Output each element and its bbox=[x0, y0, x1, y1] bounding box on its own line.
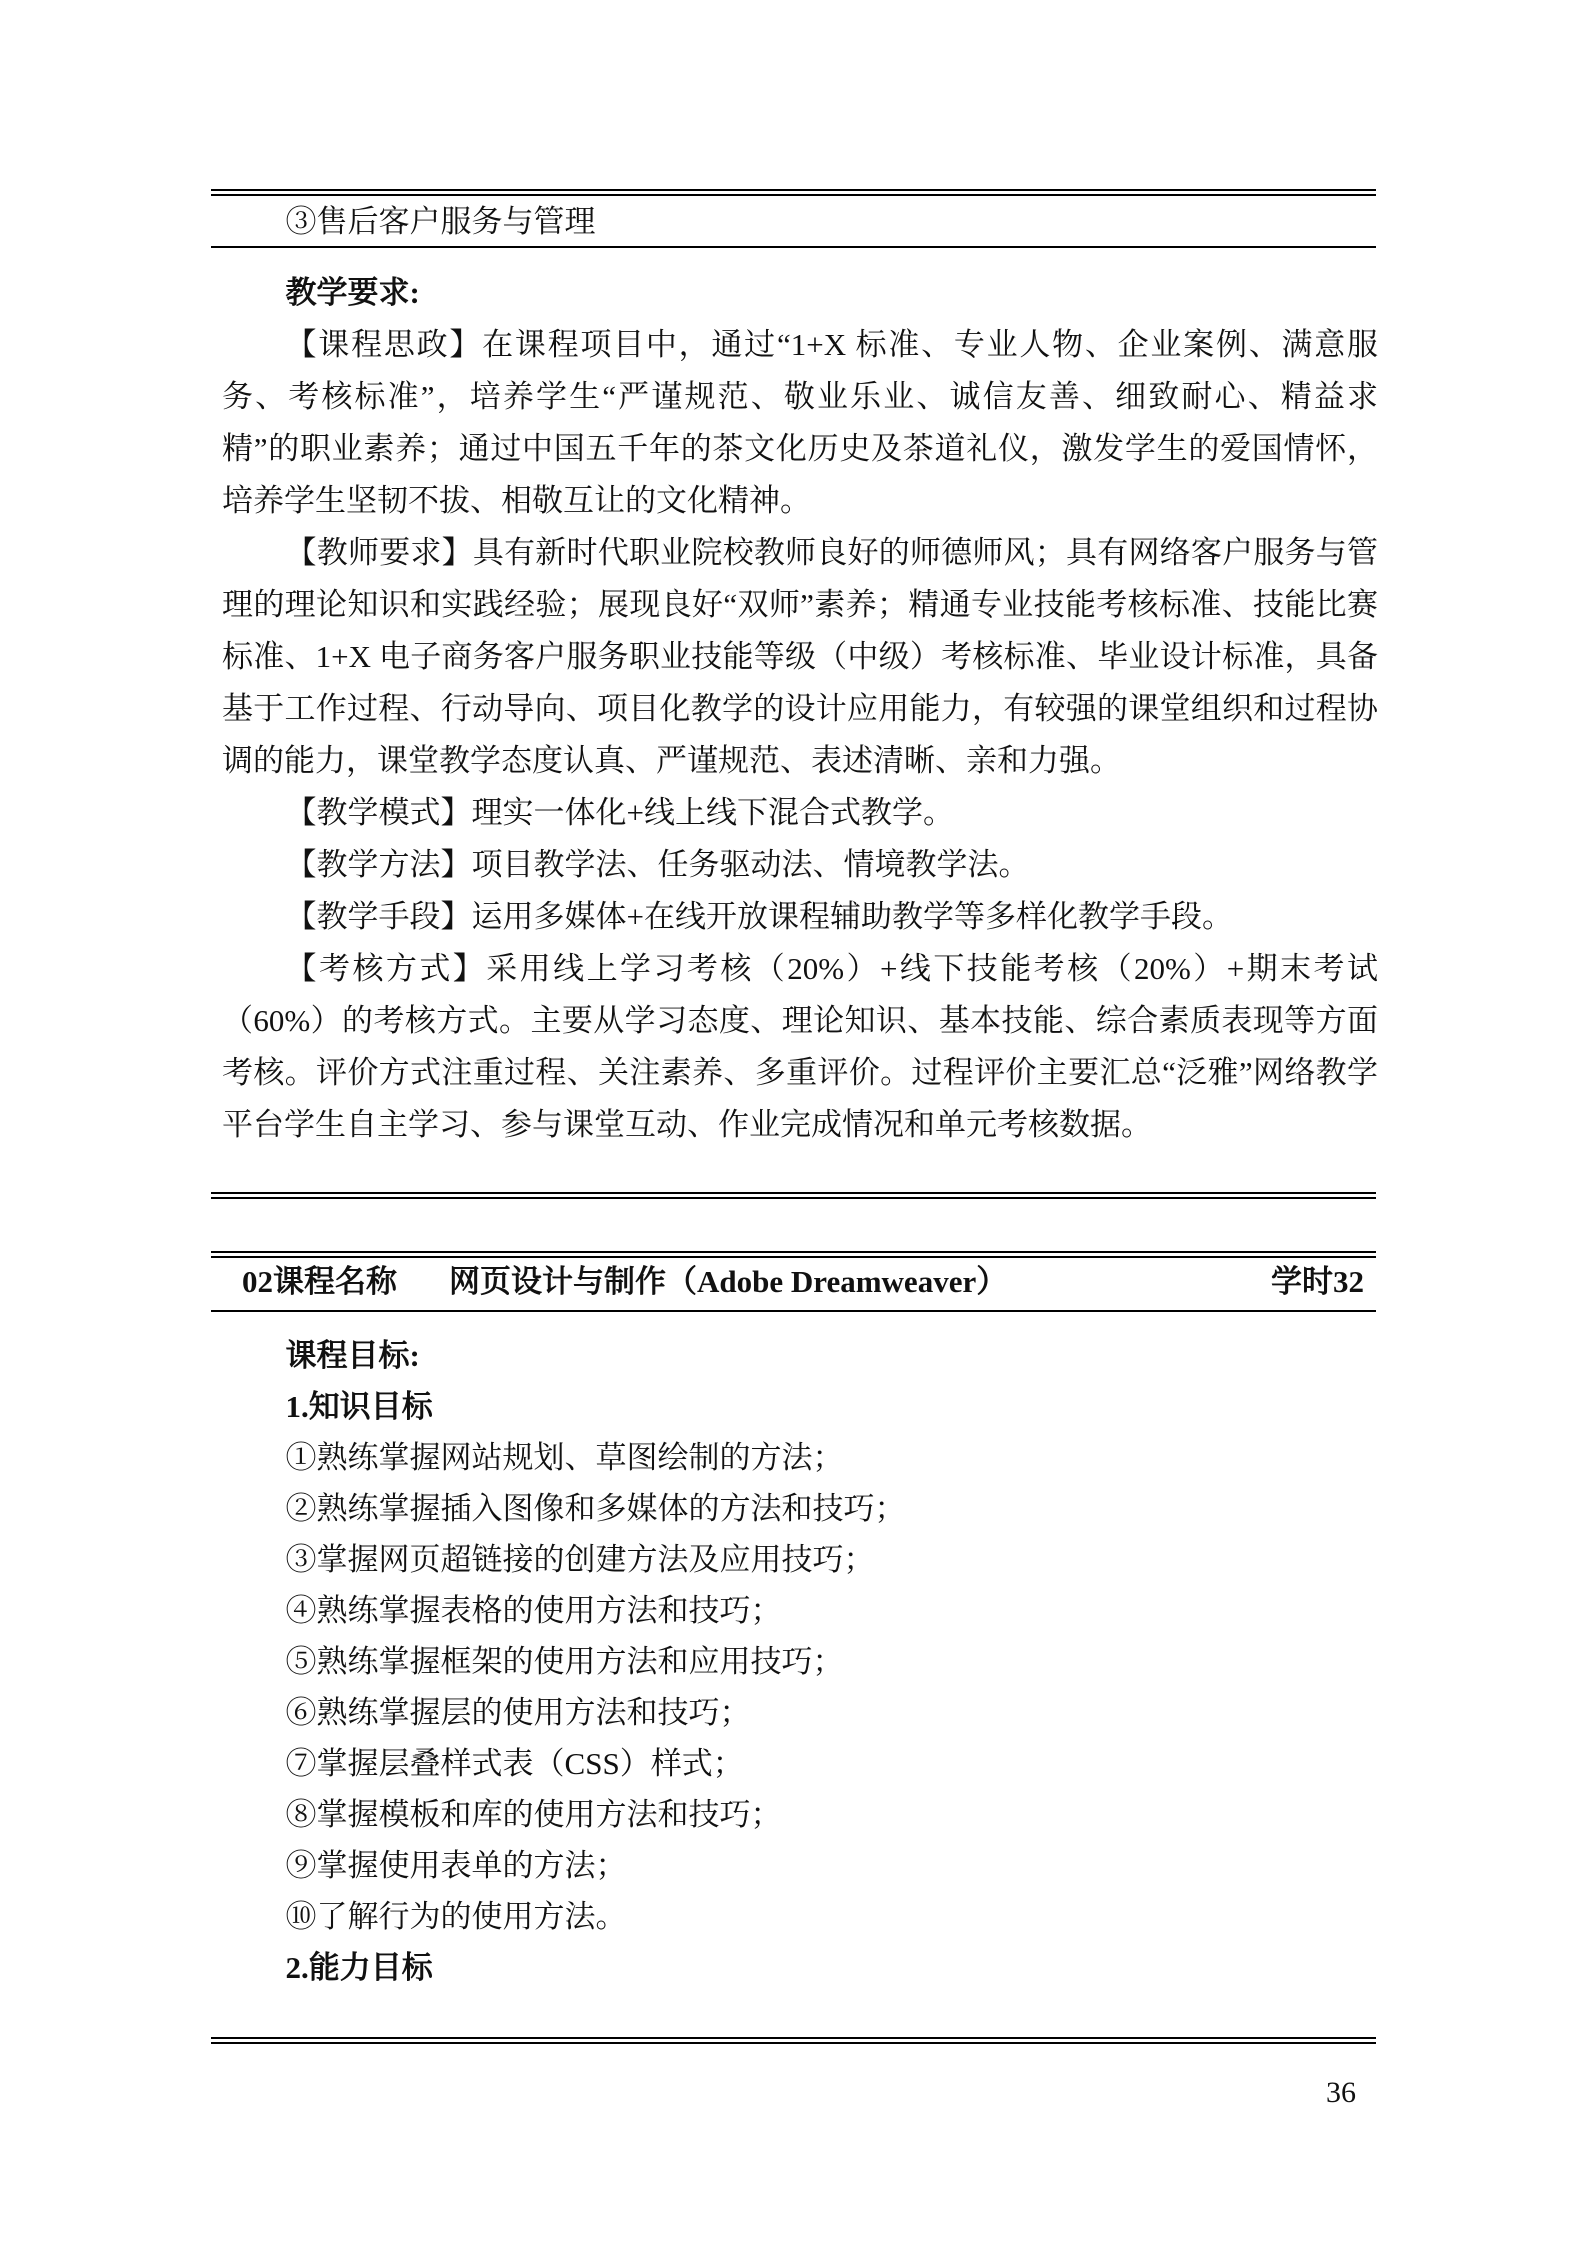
knowledge-item: ⑥熟练掌握层的使用方法和技巧； bbox=[222, 1687, 1378, 1738]
ability-goals-heading: 2.能力目标 bbox=[222, 1942, 1378, 1993]
knowledge-item: ④熟练掌握表格的使用方法和技巧； bbox=[222, 1585, 1378, 1636]
paragraph-teaching-methods: 【教学方法】项目教学法、任务驱动法、情境教学法。 bbox=[222, 839, 1378, 891]
knowledge-item: ⑧掌握模板和库的使用方法和技巧； bbox=[222, 1789, 1378, 1840]
course-goals-section: 课程目标: 1.知识目标 ①熟练掌握网站规划、草图绘制的方法； ②熟练掌握插入图… bbox=[222, 1330, 1378, 1993]
paragraph-teacher-requirements: 【教师要求】具有新时代职业院校教师良好的师德师风；具有网络客户服务与管理的理论知… bbox=[222, 527, 1378, 787]
knowledge-item: ②熟练掌握插入图像和多媒体的方法和技巧； bbox=[222, 1483, 1378, 1534]
knowledge-item: ⑩了解行为的使用方法。 bbox=[222, 1891, 1378, 1942]
knowledge-item: ⑤熟练掌握框架的使用方法和应用技巧； bbox=[222, 1636, 1378, 1687]
divider-double-bottom bbox=[211, 2037, 1376, 2044]
paragraph-teaching-means: 【教学手段】运用多媒体+在线开放课程辅助教学等多样化教学手段。 bbox=[222, 891, 1378, 943]
top-list-item: ③售后客户服务与管理 bbox=[222, 196, 1378, 248]
course-header-row: 02课程名称 网页设计与制作（Adobe Dreamweaver） 学时32 bbox=[222, 1256, 1378, 1308]
teaching-requirements-section: 教学要求: 【课程思政】在课程项目中，通过“1+X 标准、专业人物、企业案例、满… bbox=[222, 267, 1378, 1151]
paragraph-course-ideology: 【课程思政】在课程项目中，通过“1+X 标准、专业人物、企业案例、满意服务、考核… bbox=[222, 319, 1378, 527]
paragraph-assessment-method: 【考核方式】采用线上学习考核（20%）+线下技能考核（20%）+期末考试（60%… bbox=[222, 943, 1378, 1151]
divider-single-1 bbox=[211, 246, 1376, 248]
page-number: 36 bbox=[1326, 2076, 1356, 2110]
knowledge-goals-heading: 1.知识目标 bbox=[222, 1381, 1378, 1432]
paragraph-teaching-mode: 【教学模式】理实一体化+线上线下混合式教学。 bbox=[222, 787, 1378, 839]
top-section: ③售后客户服务与管理 bbox=[222, 196, 1378, 248]
document-page: ③售后客户服务与管理 教学要求: 【课程思政】在课程项目中，通过“1+X 标准、… bbox=[0, 0, 1587, 2245]
teaching-requirements-heading: 教学要求: bbox=[222, 267, 1378, 319]
course-number-label: 02课程名称 bbox=[222, 1256, 397, 1308]
knowledge-item: ⑨掌握使用表单的方法； bbox=[222, 1840, 1378, 1891]
divider-double-section-end bbox=[211, 1192, 1376, 1199]
knowledge-item: ①熟练掌握网站规划、草图绘制的方法； bbox=[222, 1432, 1378, 1483]
knowledge-item: ③掌握网页超链接的创建方法及应用技巧； bbox=[222, 1534, 1378, 1585]
course-title: 网页设计与制作（Adobe Dreamweaver） bbox=[449, 1256, 1007, 1308]
knowledge-item: ⑦掌握层叠样式表（CSS）样式； bbox=[222, 1738, 1378, 1789]
course-hours: 学时32 bbox=[1271, 1256, 1378, 1308]
divider-double-top bbox=[211, 189, 1376, 196]
course-goals-heading: 课程目标: bbox=[222, 1330, 1378, 1381]
divider-single-course-header bbox=[211, 1310, 1376, 1312]
